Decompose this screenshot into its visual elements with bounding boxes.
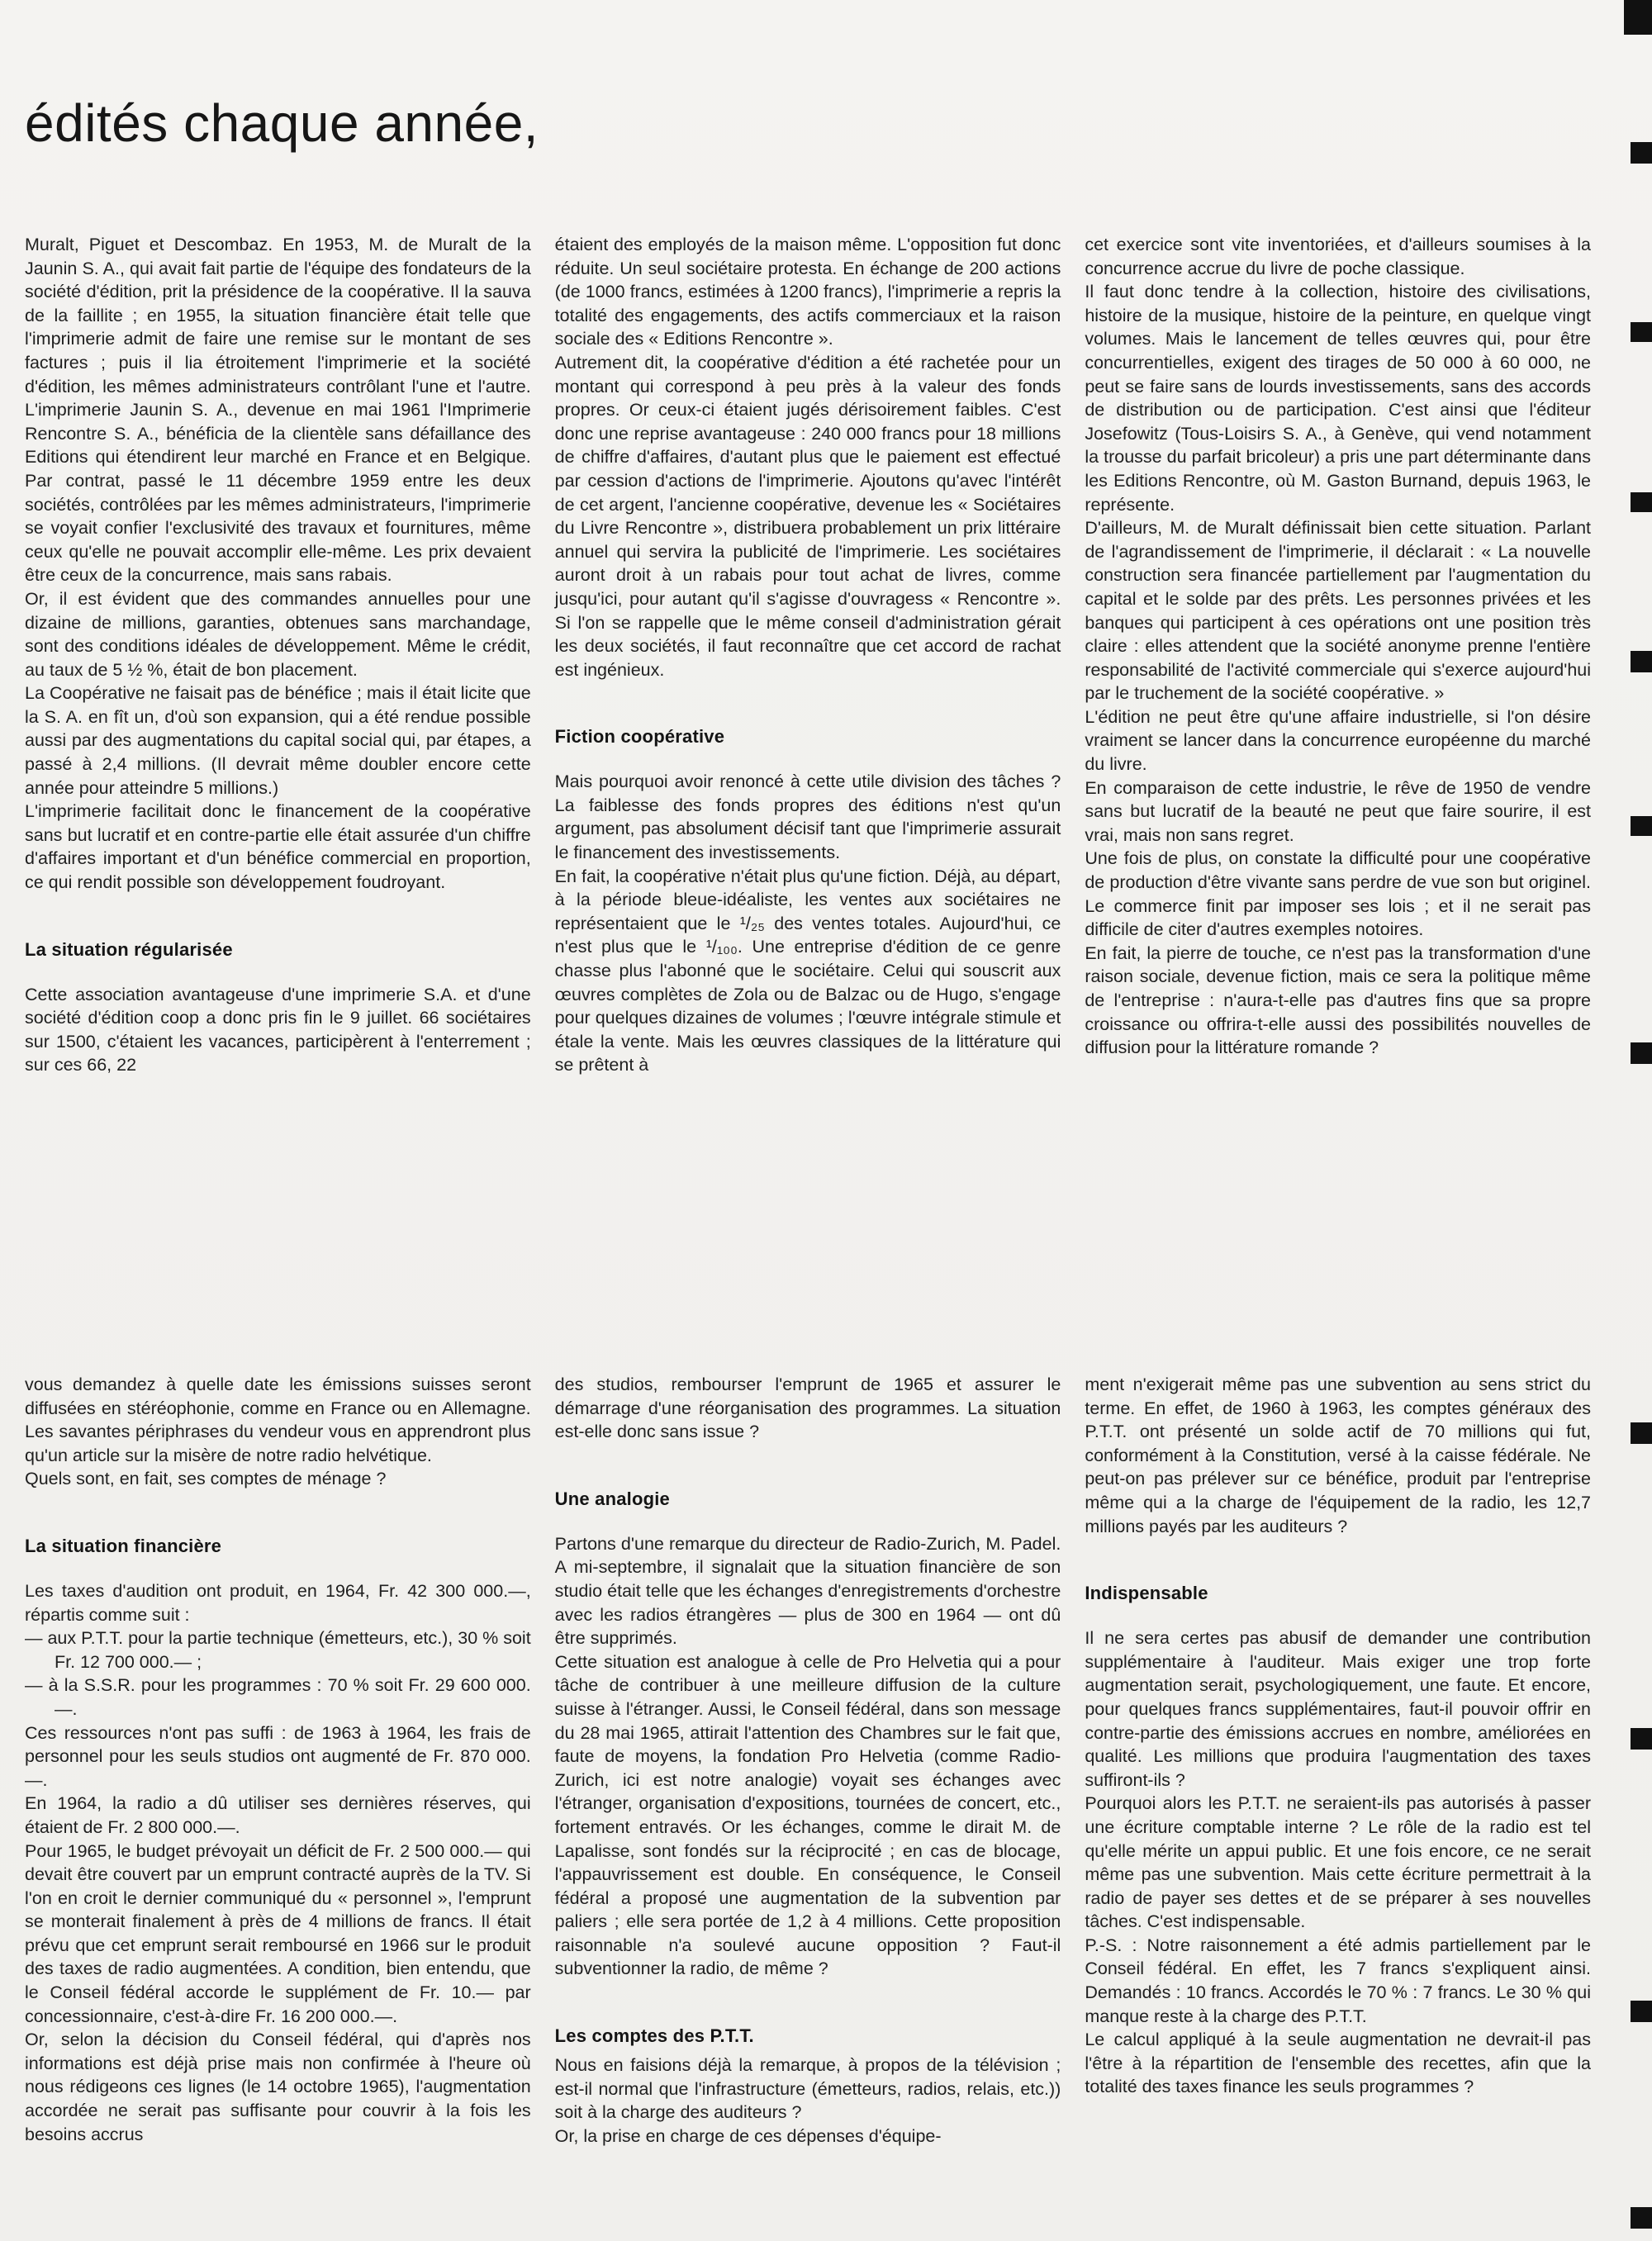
paragraph: Cette situation est analogue à celle de … xyxy=(555,1650,1061,1981)
paragraph: vous demandez à quelle date les émission… xyxy=(25,1373,531,1467)
bottom-column-3: ment n'exigerait même pas une subvention… xyxy=(1085,1373,1591,2148)
scan-mark xyxy=(1631,142,1652,164)
paragraph: Partons d'une remarque du directeur de R… xyxy=(555,1532,1061,1650)
section-heading: Indispensable xyxy=(1085,1583,1591,1604)
paragraph: Or, selon la décision du Conseil fédéral… xyxy=(25,2028,531,2146)
paragraph: Muralt, Piguet et Descombaz. En 1953, M.… xyxy=(25,233,531,587)
paragraph: Pour 1965, le budget prévoyait un défici… xyxy=(25,1840,531,2029)
paragraph: Cette association avantageuse d'une impr… xyxy=(25,983,531,1077)
paragraph: En fait, la pierre de touche, ce n'est p… xyxy=(1085,942,1591,1060)
paragraph: L'édition ne peut être qu'une affaire in… xyxy=(1085,705,1591,776)
paragraph: ment n'exigerait même pas une subvention… xyxy=(1085,1373,1591,1538)
list-item: — aux P.T.T. pour la partie technique (é… xyxy=(25,1626,531,1674)
paragraph: En 1964, la radio a dû utiliser ses dern… xyxy=(25,1792,531,1839)
bottom-article: vous demandez à quelle date les émission… xyxy=(25,1373,1591,2148)
paragraph: P.-S. : Notre raisonnement a été admis p… xyxy=(1085,1934,1591,2028)
section-heading: Les comptes des P.T.T. xyxy=(555,2025,1061,2047)
scan-mark xyxy=(1624,0,1652,35)
paragraph: Quels sont, en fait, ses comptes de ména… xyxy=(25,1467,531,1491)
paragraph: Nous en faisions déjà la remarque, à pro… xyxy=(555,2053,1061,2125)
paragraph: Or, il est évident que des commandes ann… xyxy=(25,587,531,681)
article-headline: édités chaque année, xyxy=(25,93,539,154)
scan-mark xyxy=(1631,1422,1652,1444)
scan-mark xyxy=(1631,1042,1652,1064)
paragraph: Or, la prise en charge de ces dépenses d… xyxy=(555,2125,1061,2148)
paragraph: La Coopérative ne faisait pas de bénéfic… xyxy=(25,681,531,800)
paragraph: Autrement dit, la coopérative d'édition … xyxy=(555,351,1061,681)
newspaper-page: édités chaque année, Muralt, Piguet et D… xyxy=(0,0,1652,2241)
paragraph: étaient des employés de la maison même. … xyxy=(555,233,1061,351)
paragraph: Ces ressources n'ont pas suffi : de 1963… xyxy=(25,1721,531,1792)
scan-mark xyxy=(1631,2001,1652,2022)
scan-mark xyxy=(1631,1728,1652,1750)
paragraph: L'imprimerie facilitait donc le financem… xyxy=(25,800,531,894)
paragraph: Les taxes d'audition ont produit, en 196… xyxy=(25,1579,531,1626)
paragraph: Il faut donc tendre à la collection, his… xyxy=(1085,280,1591,516)
section-heading: La situation financière xyxy=(25,1536,531,1557)
paragraph: Pourquoi alors les P.T.T. ne seraient-il… xyxy=(1085,1792,1591,1934)
scan-mark xyxy=(1631,492,1652,512)
top-column-3: cet exercice sont vite inventoriées, et … xyxy=(1085,233,1591,1077)
paragraph: Il ne sera certes pas abusif de demander… xyxy=(1085,1626,1591,1792)
paragraph: des studios, rembourser l'emprunt de 196… xyxy=(555,1373,1061,1444)
scan-mark xyxy=(1631,2207,1652,2229)
paragraph: cet exercice sont vite inventoriées, et … xyxy=(1085,233,1591,280)
top-column-2: étaient des employés de la maison même. … xyxy=(555,233,1061,1077)
top-column-1: Muralt, Piguet et Descombaz. En 1953, M.… xyxy=(25,233,531,1077)
top-article: Muralt, Piguet et Descombaz. En 1953, M.… xyxy=(25,233,1591,1077)
scan-mark xyxy=(1631,322,1652,342)
paragraph: Le calcul appliqué à la seule augmentati… xyxy=(1085,2028,1591,2099)
bottom-column-2: des studios, rembourser l'emprunt de 196… xyxy=(555,1373,1061,2148)
paragraph: En fait, la coopérative n'était plus qu'… xyxy=(555,865,1061,1077)
paragraph: D'ailleurs, M. de Muralt définissait bie… xyxy=(1085,516,1591,705)
list-item: — à la S.S.R. pour les programmes : 70 %… xyxy=(25,1674,531,1721)
section-heading: La situation régularisée xyxy=(25,939,531,961)
bottom-column-1: vous demandez à quelle date les émission… xyxy=(25,1373,531,2148)
section-heading: Fiction coopérative xyxy=(555,726,1061,748)
section-heading: Une analogie xyxy=(555,1488,1061,1510)
paragraph: Une fois de plus, on constate la difficu… xyxy=(1085,847,1591,941)
scan-mark xyxy=(1631,651,1652,672)
paragraph: En comparaison de cette industrie, le rê… xyxy=(1085,776,1591,847)
paragraph: Mais pourquoi avoir renoncé à cette util… xyxy=(555,770,1061,864)
scan-mark xyxy=(1631,816,1652,836)
